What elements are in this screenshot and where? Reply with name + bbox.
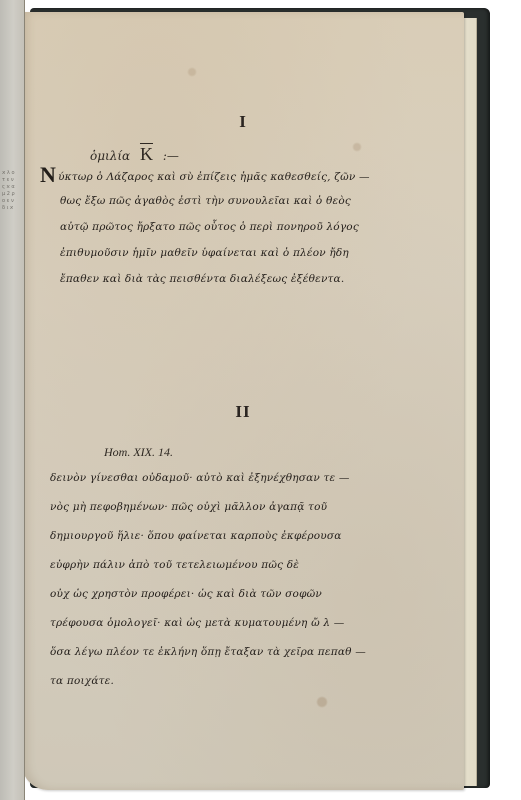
text-line: οὐχ ὡς χρηστὸν προφέρει· ὡς καὶ διὰ τῶν … — [40, 580, 458, 609]
text-line: δημιουργοῦ ἥλιε· ὅπου φαίνεται καρποὺς ἐ… — [40, 522, 458, 551]
text-line: δεινὸν γίνεσθαι οὐδαμοῦ· αὐτὸ καὶ ἐξηνέχ… — [40, 464, 458, 493]
text-line: τα ποιχάτε. — [40, 667, 458, 696]
text-line: νὸς μὴ πεφοβημένων· πῶς οὐχὶ μᾶλλον ἀγαπ… — [40, 493, 458, 522]
text-line: Nύκτωρ ὁ Λάζαρος καὶ σὺ ἐπίζεις ἡμᾶς καθ… — [40, 162, 458, 188]
text-line: τρέφουσα ὁμολογεῖ· καὶ ὡς μετὰ κυματουμέ… — [40, 609, 458, 638]
text-line: ἐπιθυμοῦσιν ἡμῖν μαθεῖν ὑφαίνεται καὶ ὁ … — [40, 240, 458, 266]
manuscript-page: I ὁμιλία Κ :— Nύκτωρ ὁ Λάζαρος καὶ σὺ ἐπ… — [22, 12, 464, 790]
previous-page-edge: ϰ λ ο τ ε ν ς ϰ α μ 2 ρ ο ε ν δ ι ϰ — [0, 0, 25, 800]
homily-heading-prefix: ὁμιλία — [90, 149, 130, 163]
section-numeral-2: II — [22, 402, 464, 422]
manuscript-photo: I ὁμιλία Κ :— Nύκτωρ ὁ Λάζαρος καὶ σὺ ἐπ… — [0, 0, 521, 800]
text-line: θως ἔξω πῶς ἀγαθὸς ἐστὶ τὴν συνουλεῖαι κ… — [40, 188, 458, 214]
homily-heading-number: Κ — [140, 144, 153, 164]
text-line: εὐφρὴν πάλιν ἀπὸ τοῦ τετελειωμένου πῶς δ… — [40, 551, 458, 580]
homily-reference: Hom. XIX. 14. — [104, 445, 173, 460]
text-line-content: ύκτωρ ὁ Λάζαρος καὶ σὺ ἐπίζεις ἡμᾶς καθε… — [58, 171, 370, 183]
handwritten-passage-2: δεινὸν γίνεσθαι οὐδαμοῦ· αὐτὸ καὶ ἐξηνέχ… — [40, 464, 458, 696]
section-numeral-1: I — [22, 112, 464, 132]
text-line: ὅσα λέγω πλέον τε ἐκλήνη ὅπῃ ἔταξαν τὰ χ… — [40, 638, 458, 667]
text-line: αὐτῷ πρῶτος ἤρξατο πῶς οὗτος ὁ περὶ πονη… — [40, 214, 458, 240]
homily-heading-suffix: :— — [163, 149, 179, 163]
previous-page-text: ϰ λ ο τ ε ν ς ϰ α μ 2 ρ ο ε ν δ ι ϰ — [2, 170, 18, 370]
drop-initial: N — [40, 162, 56, 187]
handwritten-passage-1: Nύκτωρ ὁ Λάζαρος καὶ σὺ ἐπίζεις ἡμᾶς καθ… — [40, 162, 458, 292]
text-line: ἔπαθεν καὶ διὰ τὰς πεισθέντα διαλέξεως ἐ… — [40, 266, 458, 292]
